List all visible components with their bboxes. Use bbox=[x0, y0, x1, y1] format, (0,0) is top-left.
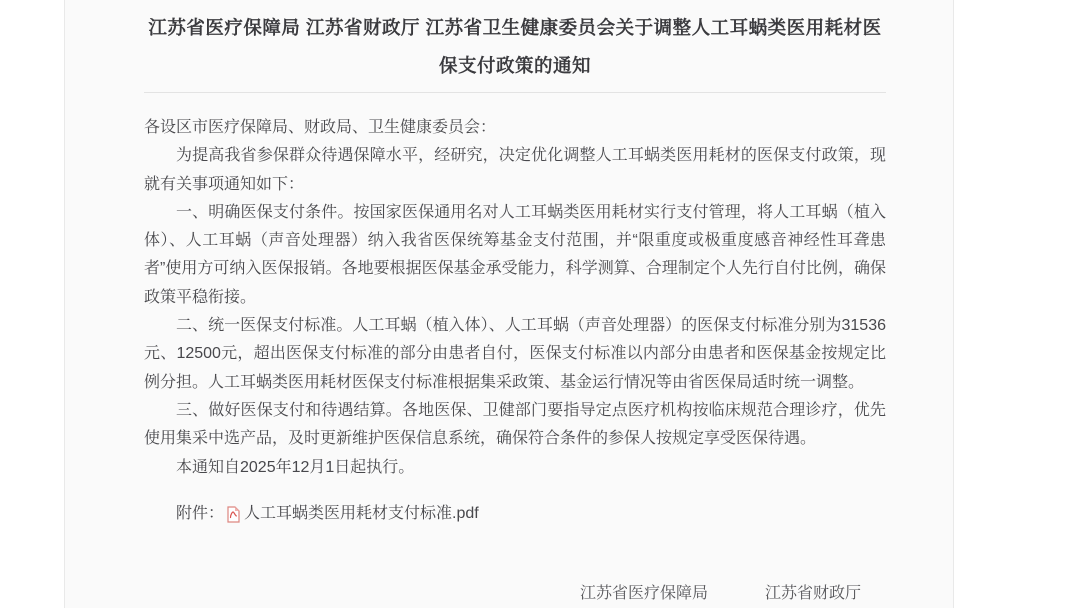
signature-finance-department: 江苏省财政厅 bbox=[765, 580, 861, 608]
page: 江苏省医疗保障局 江苏省财政厅 江苏省卫生健康委员会关于调整人工耳蜗类医用耗材医… bbox=[0, 0, 1080, 608]
document-card: 江苏省医疗保障局 江苏省财政厅 江苏省卫生健康委员会关于调整人工耳蜗类医用耗材医… bbox=[64, 0, 954, 608]
paragraph-item-2: 二、统一医保支付标准。人工耳蜗（植入体）、人工耳蜗（声音处理器）的医保支付标准分… bbox=[144, 312, 886, 397]
salutation: 各设区市医疗保障局、财政局、卫生健康委员会： bbox=[144, 114, 886, 142]
paragraph-item-1: 一、明确医保支付条件。按国家医保通用名对人工耳蜗类医用耗材实行支付管理，将人工耳… bbox=[144, 199, 886, 312]
attachment-link[interactable]: 人工耳蜗类医用耗材支付标准.pdf bbox=[244, 500, 479, 528]
attachment-label: 附件： bbox=[176, 500, 224, 528]
pdf-file-icon bbox=[226, 505, 241, 522]
notice-title: 江苏省医疗保障局 江苏省财政厅 江苏省卫生健康委员会关于调整人工耳蜗类医用耗材医… bbox=[144, 0, 886, 85]
title-divider bbox=[144, 92, 886, 93]
signature-medical-bureau: 江苏省医疗保障局 bbox=[580, 580, 708, 608]
signature-block: 江苏省医疗保障局 江苏省财政厅 bbox=[144, 580, 886, 608]
paragraph-item-3: 三、做好医保支付和待遇结算。各地医保、卫健部门要指导定点医疗机构按临床规范合理诊… bbox=[144, 397, 886, 454]
paragraph-intro: 为提高我省参保群众待遇保障水平，经研究，决定优化调整人工耳蜗类医用耗材的医保支付… bbox=[144, 142, 886, 199]
paragraph-effective-date: 本通知自2025年12月1日起执行。 bbox=[144, 454, 886, 482]
document-content: 江苏省医疗保障局 江苏省财政厅 江苏省卫生健康委员会关于调整人工耳蜗类医用耗材医… bbox=[144, 0, 886, 608]
notice-body: 各设区市医疗保障局、财政局、卫生健康委员会： 为提高我省参保群众待遇保障水平，经… bbox=[144, 114, 886, 482]
attachment-row: 附件： 人工耳蜗类医用耗材支付标准.pdf bbox=[144, 500, 886, 528]
